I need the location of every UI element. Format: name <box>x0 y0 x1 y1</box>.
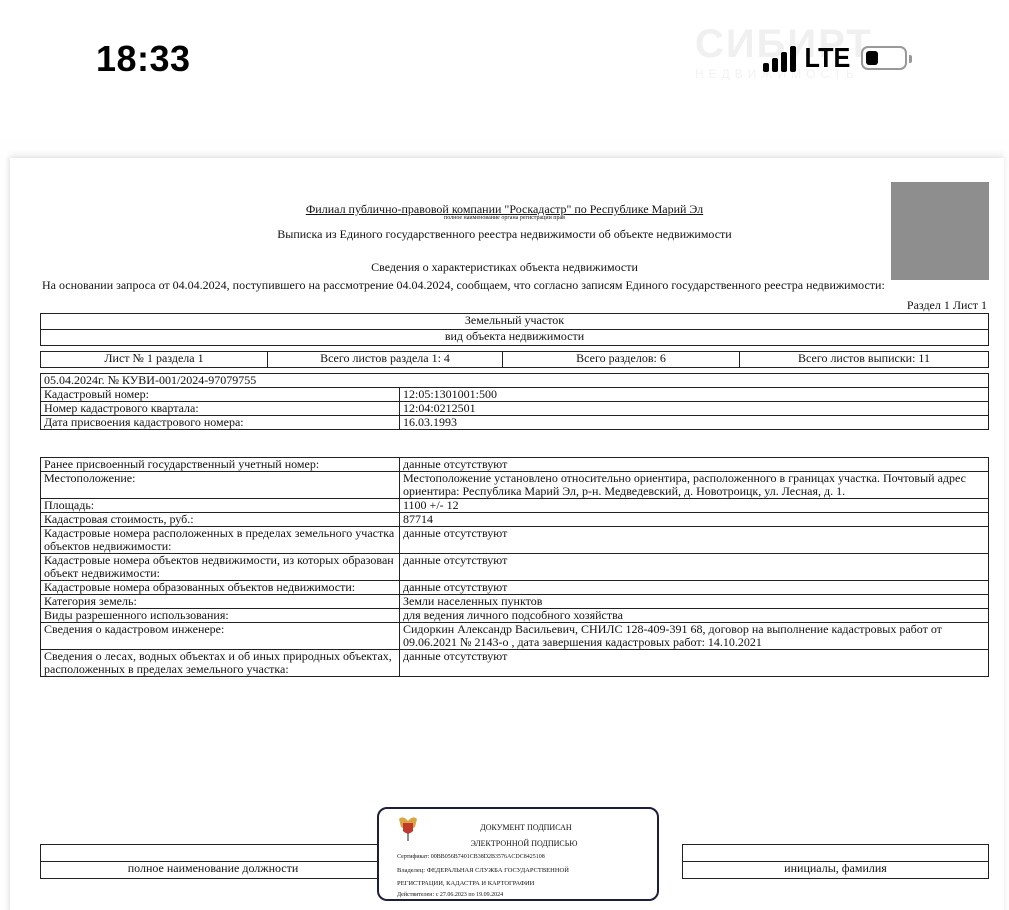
electronic-signature-stamp: ДОКУМЕНТ ПОДПИСАН ЭЛЕКТРОННОЙ ПОДПИСЬЮ С… <box>377 807 659 901</box>
row-key: Кадастровый номер: <box>41 388 400 402</box>
row-key: Кадастровые номера объектов недвижимости… <box>41 554 400 581</box>
sections-total: Всего разделов: 6 <box>503 352 740 368</box>
table-row: Дата присвоения кадастрового номера:16.0… <box>41 416 989 430</box>
row-value: 1100 +/- 12 <box>400 499 989 513</box>
row-key: Кадастровая стоимость, руб.: <box>41 513 400 527</box>
table-row: Виды разрешенного использования:для веде… <box>41 609 989 623</box>
row-key: Сведения о кадастровом инженере: <box>41 623 400 650</box>
table-row: Кадастровая стоимость, руб.:87714 <box>41 513 989 527</box>
row-key: Категория земель: <box>41 595 400 609</box>
sheets-table: Лист № 1 раздела 1 Всего листов раздела … <box>40 351 989 368</box>
stamp-certificate: Сертификат: 00BB056B7401CB38D2B3576ACDC8… <box>397 854 545 860</box>
row-value: Земли населенных пунктов <box>400 595 989 609</box>
battery-icon <box>861 46 907 70</box>
organization-caption: полное наименование органа регистрации п… <box>0 215 1009 221</box>
table-row: Категория земель:Земли населенных пункто… <box>41 595 989 609</box>
extract-sheets-total: Всего листов выписки: 11 <box>740 352 989 368</box>
section-title: Сведения о характеристиках объекта недви… <box>0 260 1009 275</box>
row-key: Ранее присвоенный государственный учетны… <box>41 458 400 472</box>
stamp-owner-cont: РЕГИСТРАЦИИ, КАДАСТРА И КАРТОГРАФИИ <box>397 880 534 887</box>
record-number: 05.04.2024г. № КУВИ-001/2024-97079755 <box>41 374 989 388</box>
row-key: Кадастровые номера расположенных в преде… <box>41 527 400 554</box>
table-row: Площадь:1100 +/- 12 <box>41 499 989 513</box>
table-row: Кадастровый номер:12:05:1301001:500 <box>41 388 989 402</box>
stamp-validity: Действителен: с 27.06.2023 по 19.09.2024 <box>397 892 503 898</box>
name-caption: инициалы, фамилия <box>683 862 989 879</box>
clock: 18:33 <box>96 38 191 80</box>
object-type: Земельный участок <box>41 314 989 330</box>
section-sheets-total: Всего листов раздела 1: 4 <box>268 352 503 368</box>
row-value: 12:04:0212501 <box>400 402 989 416</box>
status-bar: СИБИРТНЕДВИЖИМОСТЬ 18:33 LTE <box>0 0 1009 140</box>
row-key: Кадастровые номера образованных объектов… <box>41 581 400 595</box>
row-key: Виды разрешенного использования: <box>41 609 400 623</box>
row-value: данные отсутствуют <box>400 527 989 554</box>
status-icons: LTE <box>763 42 907 74</box>
basis-text: На основании запроса от 04.04.2024, пост… <box>42 278 885 293</box>
row-key: Местоположение: <box>41 472 400 499</box>
object-type-caption: вид объекта недвижимости <box>41 330 989 346</box>
row-value: для ведения личного подсобного хозяйства <box>400 609 989 623</box>
row-key: Номер кадастрового квартала: <box>41 402 400 416</box>
row-value: 12:05:1301001:500 <box>400 388 989 402</box>
row-value: Сидоркин Александр Васильевич, СНИЛС 128… <box>400 623 989 650</box>
row-value: данные отсутствуют <box>400 581 989 595</box>
row-value: 87714 <box>400 513 989 527</box>
row-key: Площадь: <box>41 499 400 513</box>
attributes-table: Ранее присвоенный государственный учетны… <box>40 457 989 677</box>
sheet-number: Лист № 1 раздела 1 <box>41 352 268 368</box>
stamp-title: ДОКУМЕНТ ПОДПИСАН <box>379 823 657 832</box>
table-row: Сведения о кадастровом инженере:Сидоркин… <box>41 623 989 650</box>
object-type-table: Земельный участок вид объекта недвижимос… <box>40 313 989 346</box>
table-row: Сведения о лесах, водных объектах и об и… <box>41 650 989 677</box>
table-row: Ранее присвоенный государственный учетны… <box>41 458 989 472</box>
table-row: Кадастровые номера образованных объектов… <box>41 581 989 595</box>
row-value: Местоположение установлено относительно … <box>400 472 989 499</box>
row-value: 16.03.1993 <box>400 416 989 430</box>
row-value: данные отсутствуют <box>400 554 989 581</box>
stamp-subtitle: ЭЛЕКТРОННОЙ ПОДПИСЬЮ <box>379 839 657 848</box>
main-info-table: 05.04.2024г. № КУВИ-001/2024-97079755 Ка… <box>40 373 989 430</box>
row-value: данные отсутствуют <box>400 650 989 677</box>
table-row: Кадастровые номера объектов недвижимости… <box>41 554 989 581</box>
section-sheet-label: Раздел 1 Лист 1 <box>907 298 987 313</box>
row-value: данные отсутствуют <box>400 458 989 472</box>
network-type: LTE <box>805 42 851 74</box>
stamp-owner: Владелец: ФЕДЕРАЛЬНАЯ СЛУЖБА ГОСУДАРСТВЕ… <box>397 867 569 874</box>
extract-title: Выписка из Единого государственного реес… <box>0 227 1009 242</box>
row-key: Сведения о лесах, водных объектах и об и… <box>41 650 400 677</box>
signal-strength-icon <box>763 44 796 72</box>
table-row: Номер кадастрового квартала:12:04:021250… <box>41 402 989 416</box>
row-key: Дата присвоения кадастрового номера: <box>41 416 400 430</box>
table-row: Кадастровые номера расположенных в преде… <box>41 527 989 554</box>
position-caption: полное наименование должности <box>41 862 386 879</box>
table-row: Местоположение:Местоположение установлен… <box>41 472 989 499</box>
